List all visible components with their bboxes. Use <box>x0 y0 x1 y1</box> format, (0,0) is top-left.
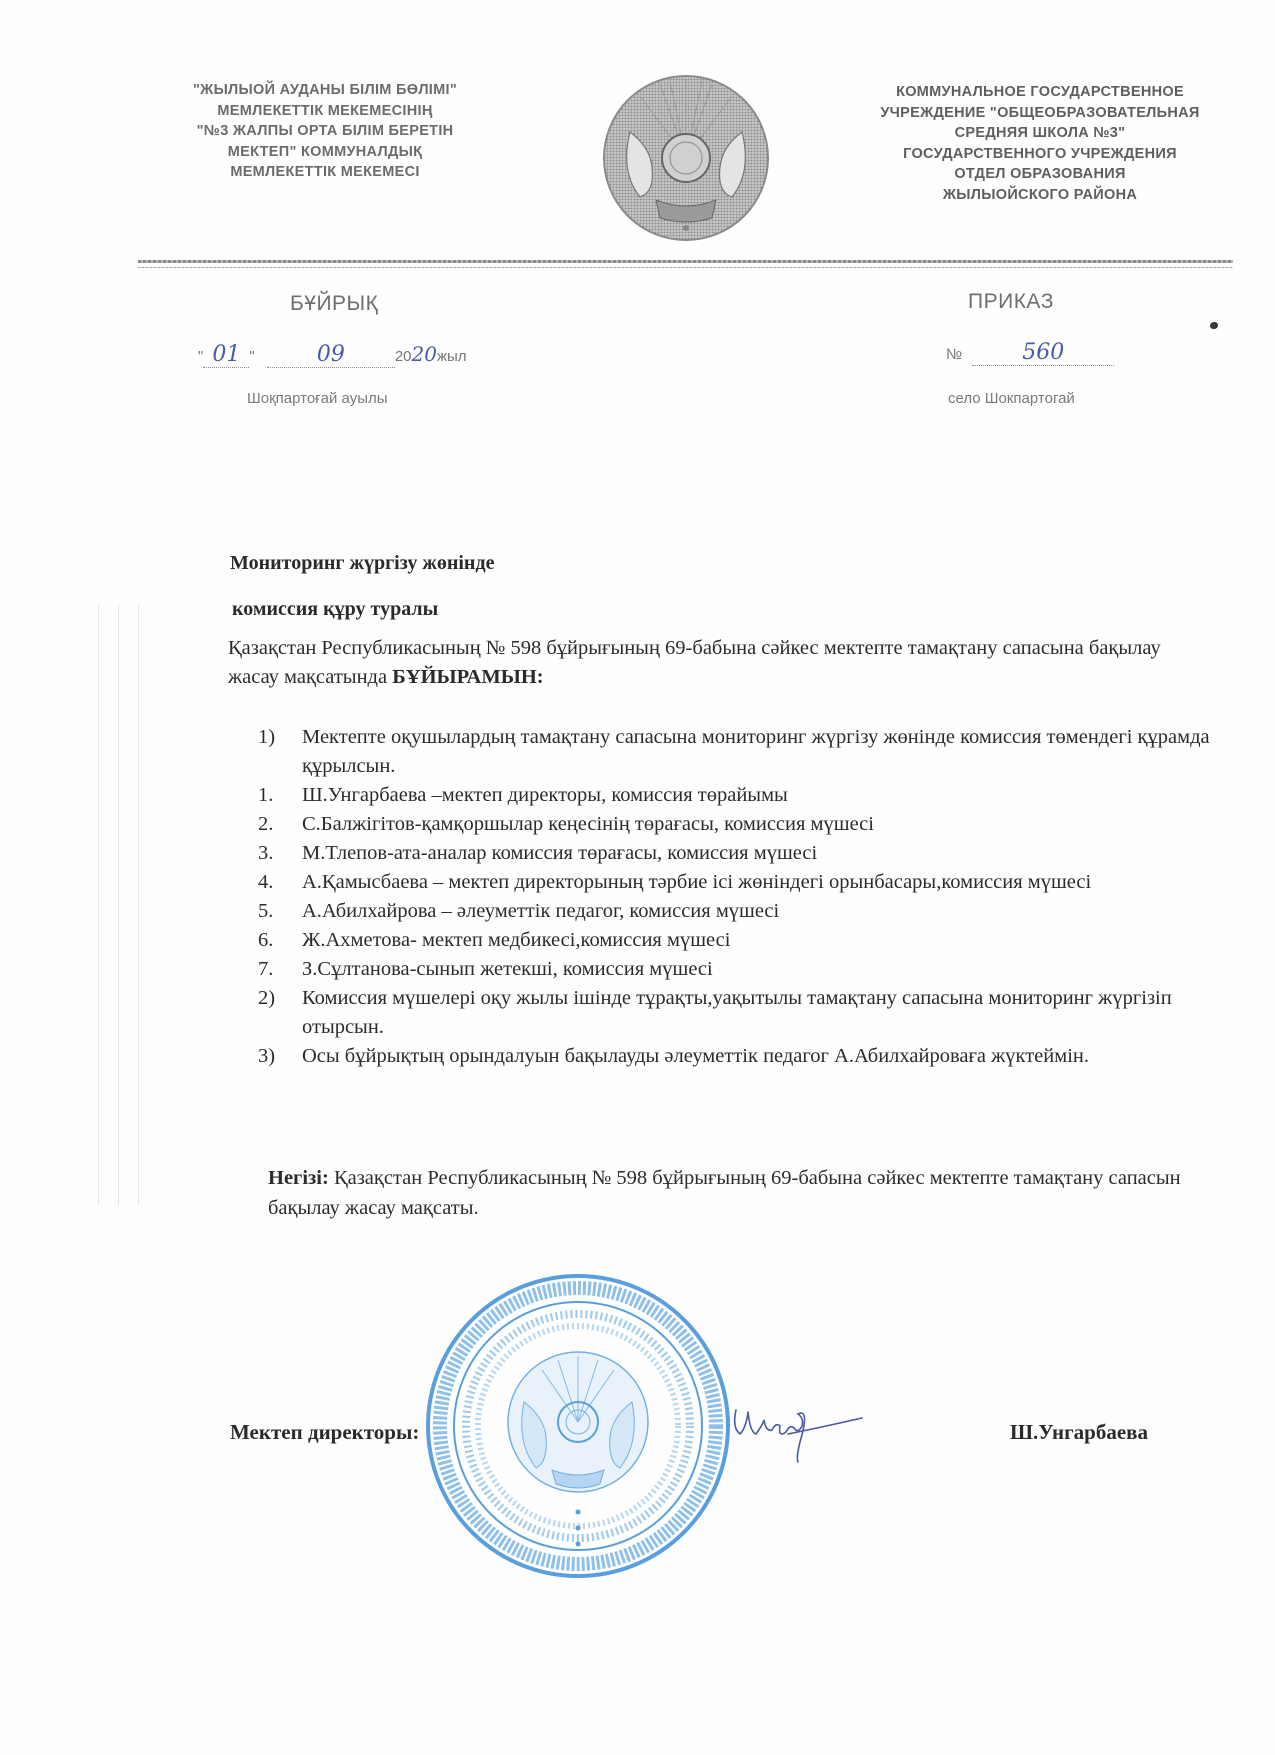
date-day: 01 <box>212 342 240 367</box>
header-org-kz: "ЖЫЛЫОЙ АУДАНЫ БІЛІМ БӨЛІМІ" МЕМЛЕКЕТТІК… <box>165 80 485 183</box>
item-number: 1) <box>258 723 302 781</box>
list-item: 3)Осы бұйрықтың орындалуын бақылауды әле… <box>258 1042 1218 1071</box>
header-kz-line: "№3 ЖАЛПЫ ОРТА БІЛІМ БЕРЕТІН <box>165 121 485 142</box>
state-emblem-icon <box>600 72 772 244</box>
basis-label: Негізі: <box>268 1167 329 1189</box>
header-kz-line: МЕМЛЕКЕТТІК МЕКЕМЕСІНІҢ <box>165 101 485 122</box>
header-divider-thin <box>138 267 1233 268</box>
intro-paragraph: Қазақстан Республикасының № 598 бұйрығын… <box>228 634 1208 692</box>
place-ru: село Шокпартогай <box>948 390 1075 407</box>
number-label: № <box>946 346 962 363</box>
item-text: Ж.Ахметова- мектеп медбикесі,комиссия мү… <box>302 926 1218 955</box>
margin-vertical-text <box>92 605 152 1205</box>
director-name: Ш.Унгарбаева <box>1010 1420 1148 1445</box>
order-title-kz: БҰЙРЫҚ <box>290 292 378 316</box>
item-number: 4. <box>258 868 302 897</box>
item-number: 6. <box>258 926 302 955</box>
date-month: 09 <box>317 342 345 367</box>
header-ru-line: КОММУНАЛЬНОЕ ГОСУДАРСТВЕННОЕ <box>840 82 1240 103</box>
list-item: 5.А.Абилхайрова – әлеуметтік педагог, ко… <box>258 897 1218 926</box>
item-number: 1. <box>258 781 302 810</box>
list-item: 1)Мектепте оқушылардың тамақтану сапасын… <box>258 723 1218 781</box>
list-item: 7.З.Сұлтанова-сынып жетекші, комиссия мү… <box>258 955 1218 984</box>
item-text: А.Абилхайрова – әлеуметтік педагог, коми… <box>302 897 1218 926</box>
header-ru-line: ГОСУДАРСТВЕННОГО УЧРЕЖДЕНИЯ <box>840 144 1240 165</box>
date-month-field: 09 <box>267 342 395 368</box>
order-title-ru: ПРИКАЗ <box>968 290 1054 314</box>
item-number: 3. <box>258 839 302 868</box>
header-ru-line: ЖЫЛЫОЙСКОГО РАЙОНА <box>840 185 1240 206</box>
list-item: 1.Ш.Унгарбаева –мектеп директоры, комисс… <box>258 781 1218 810</box>
item-text: Осы бұйрықтың орындалуын бақылауды әлеум… <box>302 1042 1218 1071</box>
list-item: 2)Комиссия мүшелері оқу жылы ішінде тұра… <box>258 984 1218 1042</box>
official-stamp-icon <box>424 1272 732 1580</box>
intro-text: Қазақстан Республикасының № 598 бұйрығын… <box>228 637 1161 688</box>
header-kz-line: "ЖЫЛЫОЙ АУДАНЫ БІЛІМ БӨЛІМІ" <box>165 80 485 101</box>
ink-speck <box>1210 322 1218 329</box>
header-kz-line: МЕКТЕП" КОММУНАЛДЫҚ <box>165 142 485 163</box>
place-kz: Шоқпартоғай ауылы <box>247 390 388 407</box>
item-text: Комиссия мүшелері оқу жылы ішінде тұрақт… <box>302 984 1218 1042</box>
number-value: 560 <box>1022 340 1064 365</box>
date-year-prefix: 20 <box>395 348 412 365</box>
date-day-field: 01 <box>203 342 249 368</box>
date-suffix: жыл <box>437 348 467 365</box>
item-number: 7. <box>258 955 302 984</box>
item-number: 2) <box>258 984 302 1042</box>
list-item: 4.А.Қамысбаева – мектеп директорының тәр… <box>258 868 1218 897</box>
handwritten-signature-icon <box>728 1398 868 1468</box>
header-ru-line: УЧРЕЖДЕНИЕ "ОБЩЕОБРАЗОВАТЕЛЬНАЯ <box>840 103 1240 124</box>
signature-label: Мектеп директоры: <box>230 1420 419 1445</box>
intro-bold: БҰЙЫРАМЫН: <box>392 666 543 688</box>
list-item: 2.С.Балжігітов-қамқоршылар кеңесінің төр… <box>258 810 1218 839</box>
list-item: 3.М.Тлепов-ата-аналар комиссия төрағасы,… <box>258 839 1218 868</box>
item-text: С.Балжігітов-қамқоршылар кеңесінің төрағ… <box>302 810 1218 839</box>
item-text: М.Тлепов-ата-аналар комиссия төрағасы, к… <box>302 839 1218 868</box>
item-text: З.Сұлтанова-сынып жетекші, комиссия мүше… <box>302 955 1218 984</box>
list-item: 6.Ж.Ахметова- мектеп медбикесі,комиссия … <box>258 926 1218 955</box>
document-page: "ЖЫЛЫОЙ АУДАНЫ БІЛІМ БӨЛІМІ" МЕМЛЕКЕТТІК… <box>0 0 1275 1755</box>
basis-paragraph: Негізі: Қазақстан Республикасының № 598 … <box>268 1163 1208 1223</box>
header-ru-line: ОТДЕЛ ОБРАЗОВАНИЯ <box>840 164 1240 185</box>
item-text: А.Қамысбаева – мектеп директорының тәрби… <box>302 868 1218 897</box>
subject-line-2: комиссия құру туралы <box>232 598 438 621</box>
number-field: 560 <box>972 340 1114 366</box>
header-divider <box>138 260 1233 263</box>
header-org-ru: КОММУНАЛЬНОЕ ГОСУДАРСТВЕННОЕ УЧРЕЖДЕНИЕ … <box>840 82 1240 205</box>
item-number: 3) <box>258 1042 302 1071</box>
header-kz-line: МЕМЛЕКЕТТІК МЕКЕМЕСІ <box>165 162 485 183</box>
order-date: "01" 092020жыл <box>198 342 467 368</box>
subject-line-1: Мониторинг жүргізу жөнінде <box>230 552 494 575</box>
header-ru-line: СРЕДНЯЯ ШКОЛА №3" <box>840 123 1240 144</box>
order-items: 1)Мектепте оқушылардың тамақтану сапасын… <box>258 723 1218 1071</box>
item-number: 2. <box>258 810 302 839</box>
item-number: 5. <box>258 897 302 926</box>
item-text: Ш.Унгарбаева –мектеп директоры, комиссия… <box>302 781 1218 810</box>
quote-close: " <box>249 348 254 365</box>
basis-text: Қазақстан Республикасының № 598 бұйрығын… <box>268 1167 1181 1219</box>
order-number: № 560 <box>946 340 1114 366</box>
date-year: 20 <box>412 342 437 366</box>
item-text: Мектепте оқушылардың тамақтану сапасына … <box>302 723 1218 781</box>
